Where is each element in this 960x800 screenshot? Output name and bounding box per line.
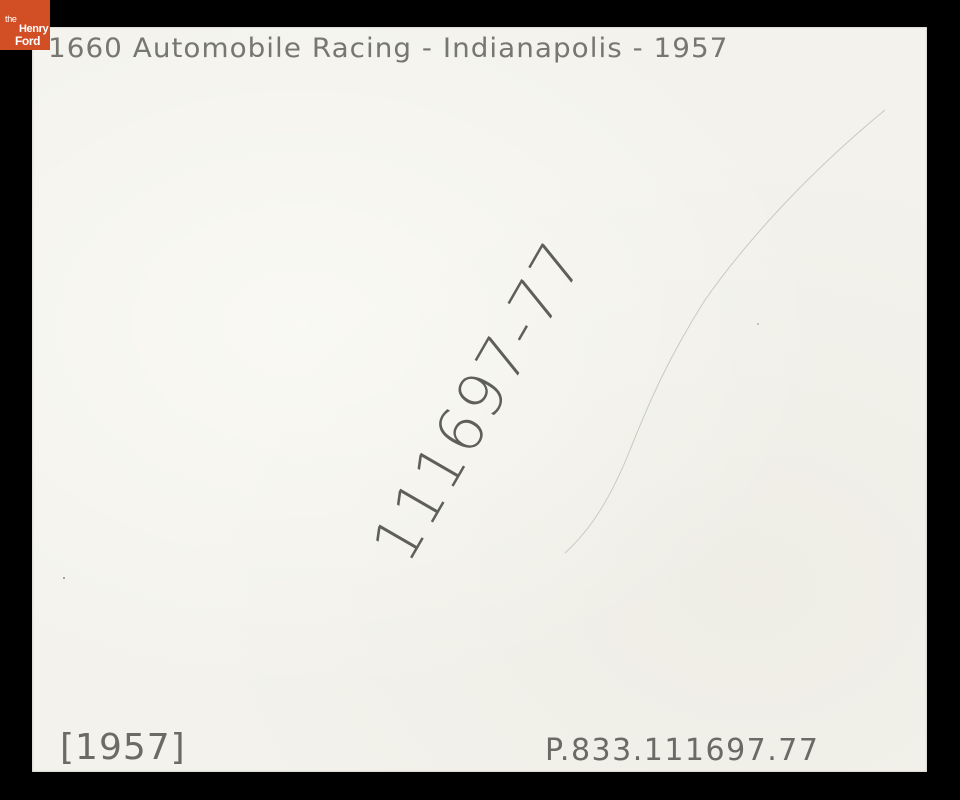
scan-stage: the Henry Ford 1660 Automobile Racing - … (0, 0, 960, 800)
paper-speck (757, 323, 759, 325)
logo-text-the: the (5, 15, 17, 24)
handwritten-caption: 1660 Automobile Racing - Indianapolis - … (48, 33, 728, 64)
handwritten-date: [1957] (60, 727, 186, 768)
logo-text-ford: Ford (15, 35, 40, 47)
the-henry-ford-logo[interactable]: the Henry Ford (0, 0, 50, 50)
paper-speck (63, 577, 65, 579)
handwritten-accession-number: P.833.111697.77 (545, 733, 819, 768)
